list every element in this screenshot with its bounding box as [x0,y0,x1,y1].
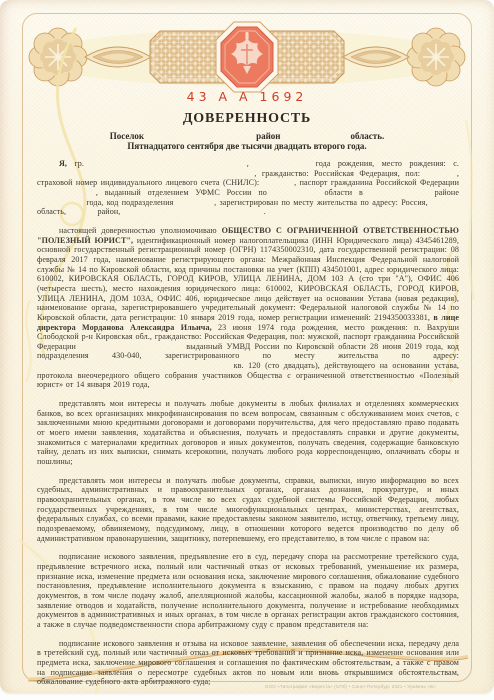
text-segment: . [261,207,266,216]
document-title: ДОВЕРЕННОСТЬ [0,111,494,127]
text-segment: , зарегистрирован по месту жительства по… [211,198,431,207]
text-segment: районе [428,188,459,197]
place-region: область. [350,131,384,141]
place-settlement: Поселок [110,131,144,141]
text-segment: идентификационный номер налогоплательщик… [37,236,459,322]
blank-field [69,213,95,214]
paragraph: настоящей доверенностью уполномочиваю ОБ… [37,226,459,390]
text-segment: район, [95,207,123,216]
blank-field [91,165,239,166]
place-district: район [256,131,280,141]
blank-field [177,204,211,205]
text-segment: , выданный отделением УФМС России по [89,188,274,197]
text-segment: области в [318,188,370,197]
serial-number: 43 А А 1692 [0,89,494,104]
date-in-words: Пятнадцатого сентября две тысячи двадцат… [0,141,494,151]
blank-field [370,194,428,195]
text-segment: область, [37,207,69,216]
blank-field [37,175,249,176]
place-line: Поселокрайонобласть. [0,131,494,141]
text-segment: , гражданство: Российская Федерация, пол… [249,169,425,178]
text-segment: настоящей доверенностью уполномочиваю [59,226,222,235]
blank-field [37,204,83,205]
text-segment: представлять мои интересы и получать люб… [37,399,459,466]
paragraph: Я, гр. , года рождения, место рождения: … [37,159,459,217]
text-segment: года рождения, место рождения: с. [308,159,459,168]
blank-field [425,175,451,176]
text-segment: подписание искового заявления, предъявле… [37,552,459,629]
text-segment: года, код подразделения [83,198,177,207]
text-segment: подписание искового заявления и отзыва н… [37,639,459,687]
text-segment: гр. [67,159,91,168]
bold-text-segment: Я, [59,159,67,168]
blank-field [80,348,182,349]
body-text: Я, гр. , года рождения, место рождения: … [37,159,459,696]
blank-field [256,165,308,166]
paragraph: подписание искового заявления, предъявле… [37,552,459,629]
paragraph: подписание искового заявления и отзыва н… [37,639,459,687]
paragraph: представлять мои интересы и получать люб… [37,476,459,544]
blank-field [263,184,291,185]
paragraph: представлять мои интересы и получать люб… [37,399,459,467]
printer-imprint-microtext: ООО «Типография «Береста» (СПб) • Санкт-… [265,684,436,689]
blank-field [274,194,318,195]
blank-field [431,204,459,205]
blank-field [37,194,89,195]
text-segment: кв. 120 (сто двадцать), действующего на … [37,361,459,389]
blank-field [123,213,261,214]
text-segment: , паспорт гражданина Российской Федераци… [291,178,459,187]
text-segment: представлять мои интересы и получать люб… [37,476,459,543]
text-segment: , [239,159,256,168]
document-scan: { "document": { "serial": "43 А А 1692",… [0,0,494,700]
blank-field [37,367,229,368]
text-segment: выданный УМВД России по Кировской област… [37,342,459,361]
